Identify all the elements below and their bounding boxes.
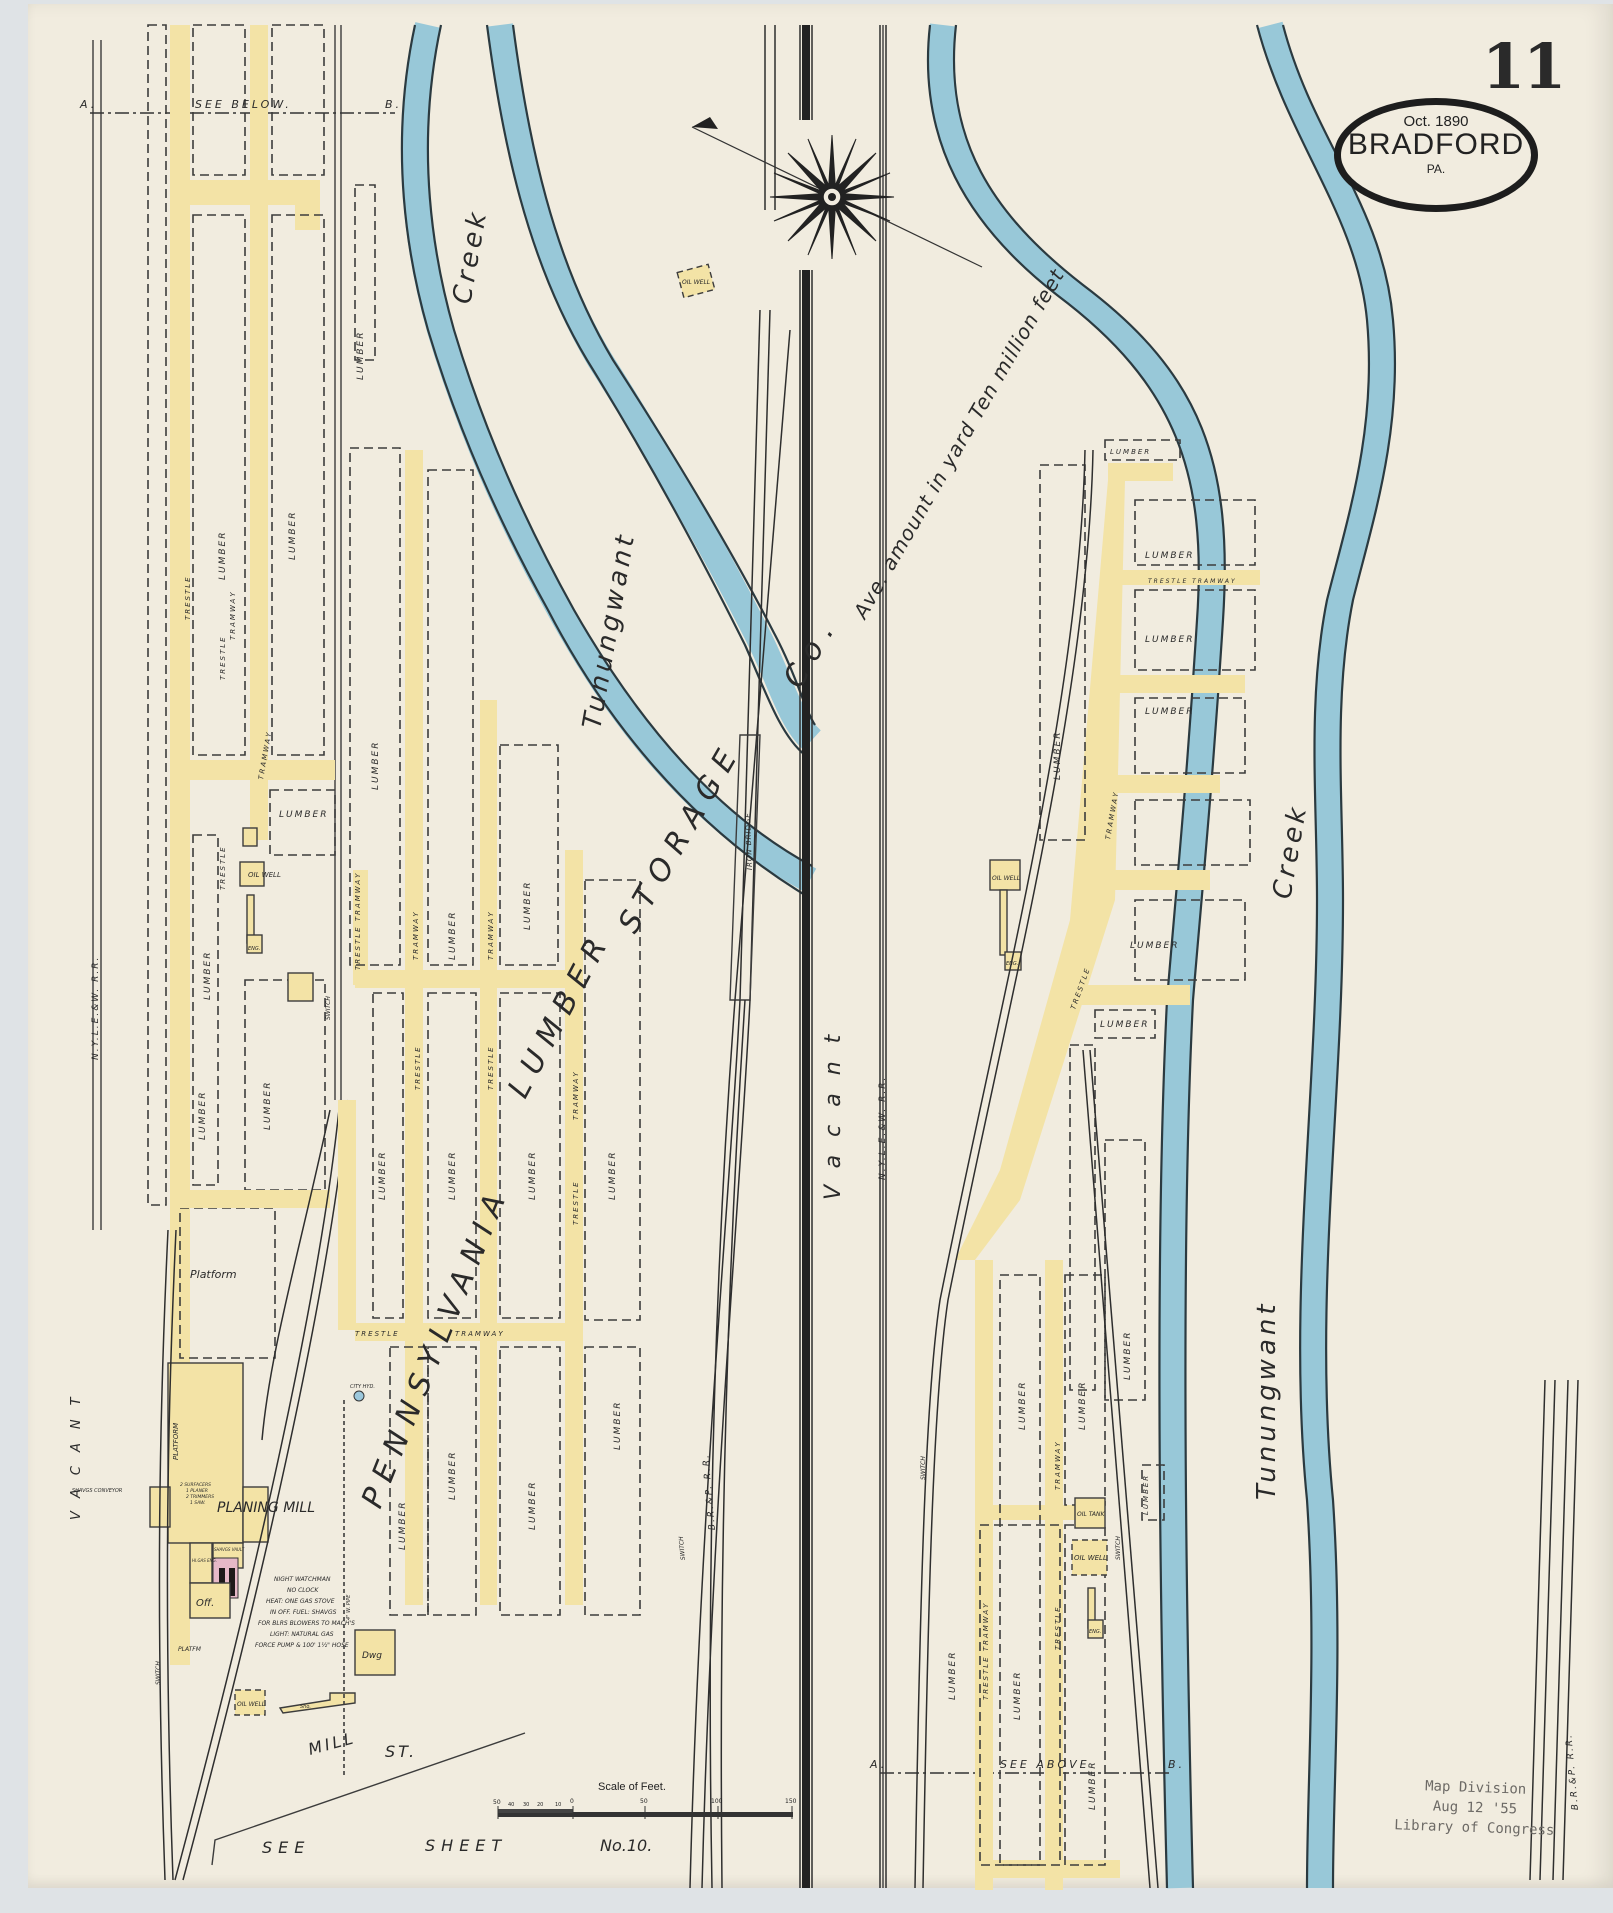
lumber-label: LUMBER — [1142, 1474, 1150, 1515]
scale-tick: 30 — [523, 1802, 529, 1808]
tramway-label: TRAMWAY — [412, 910, 420, 960]
lumber-label: LUMBER — [1078, 1381, 1088, 1430]
creek-label-right-2: Tunungwant — [1252, 1300, 1282, 1500]
scale-tick: 20 — [537, 1802, 543, 1808]
vacant-center-label: Vacant — [821, 1017, 846, 1200]
scale-title: Scale of Feet. — [598, 1781, 666, 1793]
lumber-label: LUMBER — [1088, 1761, 1098, 1810]
mill-note: FORCE PUMP & 100' 1½" HOSE — [255, 1642, 349, 1649]
machinery-item: 2 TRIMMERS — [186, 1494, 214, 1500]
see-below-label: SEE BELOW. — [195, 98, 292, 111]
lumber-label: LUMBER — [613, 1401, 623, 1450]
lumber-label: LUMBER — [279, 810, 328, 820]
lumber-label: LUMBER — [608, 1151, 618, 1200]
mill-note: HEAT: ONE GAS STOVE — [266, 1598, 335, 1605]
trestle-label: TRESTLE — [355, 1330, 400, 1338]
switch-label: SWITCH — [920, 1456, 927, 1480]
section-b-bottom: B. — [1168, 1758, 1185, 1771]
tunungwant-creek-right — [928, 25, 1395, 1888]
mill-note: FOR BLRS BLOWERS TO MACH'S — [258, 1620, 355, 1627]
trestle-label: TRESTLE — [219, 635, 227, 680]
nylew-rr-right-label: N.Y.L.E.&W. R.R. — [878, 1076, 888, 1180]
brp-rr-center-label: B.R.&P. R.R. — [701, 1453, 718, 1531]
brp-rr-right-label: B.R.&P. R.R. — [1564, 1733, 1581, 1811]
switch-label: SWITCH — [155, 1661, 162, 1685]
library-stamp: Map Division Aug 12 '55 Library of Congr… — [1384, 1775, 1566, 1841]
title-cartouche: Oct. 1890 BRADFORD PA. — [1334, 98, 1538, 212]
creek-label-right-1: Creek — [1267, 802, 1313, 902]
tramway-label: TRAMWAY — [229, 590, 237, 640]
scale-tick: 50 — [493, 1799, 501, 1806]
tramway-label: TRAMWAY — [1054, 1440, 1062, 1490]
scale-tick: 50 — [640, 1798, 648, 1805]
trestle-label: TRESTLE — [414, 1045, 422, 1090]
mill-note: NO CLOCK — [287, 1587, 319, 1594]
main-railroad — [690, 25, 886, 1888]
scale-tick: 0 — [570, 1798, 574, 1805]
dwelling-label: Dwg — [362, 1651, 382, 1661]
tramway-label: TRAMWAY — [455, 1330, 505, 1338]
lumber-label: LUMBER — [528, 1481, 538, 1530]
machinery-item: 2 SURFACERS — [180, 1482, 211, 1488]
lumber-label: LUMBER — [218, 531, 228, 580]
mill-note: IN OFF. FUEL: SHAVGS — [270, 1609, 337, 1616]
lumber-label: LUMBER — [528, 1151, 538, 1200]
city-hydrant-label: CITY HYD. — [350, 1384, 375, 1390]
section-a-top: A. — [79, 98, 97, 111]
lumber-label: LUMBER — [378, 1151, 388, 1200]
platform-small-label: PLATFM — [178, 1646, 202, 1653]
trestle-label: TRESTLE — [572, 1180, 580, 1225]
scale-tick: 10 — [555, 1802, 561, 1808]
machinery-item: 1 SAW. — [190, 1500, 206, 1506]
trestle-tramway-label: TRESTLE TRAMWAY — [1148, 578, 1237, 585]
oil-well-label: OIL WELL — [992, 875, 1020, 882]
lumber-label: LUMBER — [203, 951, 213, 1000]
section-b-top: B. — [385, 98, 402, 111]
gas-engine-label: HI.GAS ENG. — [192, 1558, 217, 1563]
shavings-vault-label: SHAVGS VAULT — [214, 1547, 245, 1552]
lumber-label: LUMBER — [1130, 941, 1179, 951]
mill-street-label-1: MILL — [306, 1728, 358, 1759]
switch-label: SWITCH — [1115, 1536, 1122, 1560]
see-sheet-label-3: No.10. — [600, 1836, 652, 1855]
nylew-rr-left-label: N.Y.L.E.&W. R.R. — [91, 956, 101, 1060]
lumber-label: LUMBER — [198, 1091, 208, 1140]
lumber-label: LUMBER — [448, 911, 458, 960]
lumber-label: LUMBER — [1053, 731, 1063, 780]
platform-label: Platform — [190, 1268, 237, 1281]
creek-label-left-1: Creek — [447, 207, 493, 307]
tramway-label: TRAMWAY — [487, 910, 495, 960]
lumber-label: LUMBER — [1100, 1020, 1149, 1030]
engine-label: ENG. — [1006, 961, 1018, 967]
sheet-number: 11 — [1482, 30, 1564, 103]
lumber-label: LUMBER — [398, 1501, 408, 1550]
lumber-label: LUMBER — [1145, 551, 1194, 561]
company-note: Ave. amount in yard Ten million feet — [848, 264, 1070, 624]
map-state: PA. — [1341, 162, 1531, 176]
tunungwant-creek-left — [402, 25, 815, 895]
trestle-tramway-label: TRESTLE TRAMWAY — [982, 1602, 990, 1700]
scale-tick: 40 — [508, 1802, 514, 1808]
lumber-label: LUMBER — [948, 1651, 958, 1700]
lumber-label: LUMBER — [371, 741, 381, 790]
oil-tank-label: OIL TANK — [1077, 1511, 1105, 1518]
shavings-conveyor-label: SHAVGS CONVEYOR — [72, 1488, 122, 1494]
lumber-label: LUMBER — [1013, 1671, 1023, 1720]
mill-note: LIGHT: NATURAL GAS — [270, 1631, 334, 1638]
planing-mill-label: PLANING MILL — [217, 1500, 315, 1516]
lumber-label: LUMBER — [1145, 707, 1194, 717]
scale-tick: 100 — [711, 1798, 723, 1805]
trestle-label: TRESTLE — [184, 575, 192, 620]
oil-well-label: OIL WELL — [1074, 1554, 1107, 1562]
oil-well-label: OIL WELL — [682, 279, 710, 286]
sanborn-map: A. SEE BELOW. B. A. SEE ABOVE B. Creek T… — [0, 0, 1613, 1913]
tramway-label: TRAMWAY — [572, 1070, 580, 1120]
office-label: Off. — [196, 1598, 214, 1609]
lumber-label: LUMBER — [263, 1081, 273, 1130]
lumber-label: LUMBER — [356, 331, 366, 380]
lumber-label: LUMBER — [1110, 448, 1151, 456]
switch-label: SWITCH — [678, 1536, 687, 1561]
compass-rose-icon — [692, 117, 982, 267]
trestle-tramway-label: TRESTLE TRAMWAY — [354, 872, 362, 970]
mill-street-label-2: ST. — [385, 1742, 417, 1761]
see-sheet-label-1: SEE — [262, 1838, 310, 1857]
lumber-label: LUMBER — [1018, 1381, 1028, 1430]
map-city: BRADFORD — [1341, 130, 1531, 160]
see-sheet-label-2: SHEET — [425, 1836, 507, 1855]
engine-label: ENG. — [1089, 1629, 1101, 1635]
water-pipe-label: 4" W. PIPE — [346, 1594, 352, 1620]
mill-note: NIGHT WATCHMAN — [274, 1576, 331, 1583]
see-above-label: SEE ABOVE — [1000, 1758, 1090, 1771]
scale-tick: 150 — [785, 1798, 797, 1805]
company-name-line4: Co. — [777, 608, 847, 694]
scale-bar: 50 40 30 20 10 0 50 100 150 — [493, 1798, 797, 1819]
city-hydrant-icon — [354, 1391, 364, 1401]
shed-label: Sho. — [300, 1704, 311, 1710]
trestle-label: TRESTLE — [487, 1045, 495, 1090]
lumber-label: LUMBER — [1145, 635, 1194, 645]
platform-vertical-label: PLATFORM — [172, 1423, 180, 1460]
lumber-label: LUMBER — [448, 1451, 458, 1500]
lumber-label: LUMBER — [448, 1151, 458, 1200]
lumber-label: LUMBER — [523, 881, 533, 930]
lumber-label: LUMBER — [1123, 1331, 1133, 1380]
vacant-left-label: VACANT — [69, 1383, 84, 1520]
oil-well-label: OIL WELL — [248, 871, 281, 879]
engine-label: ENG. — [248, 946, 260, 952]
lumber-label: LUMBER — [288, 511, 298, 560]
iron-bridge-label: IRON BRIDGE — [744, 812, 754, 870]
trestle-label: TRESTLE — [1054, 1605, 1062, 1650]
switch-label: SWITCH — [325, 996, 332, 1020]
machinery-item: 1 PLANER — [186, 1488, 208, 1494]
trestle-label: TRESTLE — [219, 845, 227, 890]
oil-well-label: OIL WELL — [237, 1701, 265, 1708]
section-a-bottom: A. — [869, 1758, 887, 1771]
